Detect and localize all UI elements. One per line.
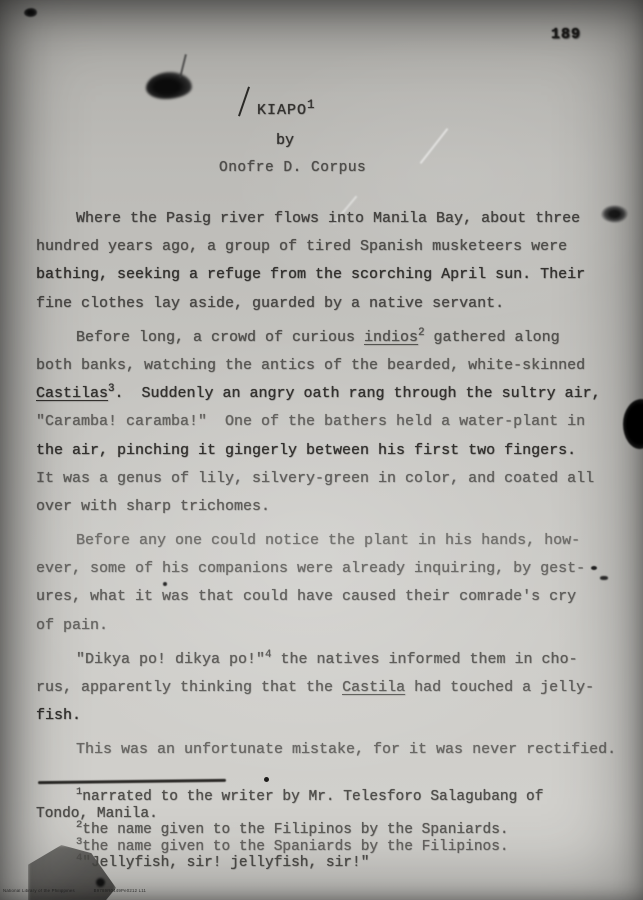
underlined-term: Castilas	[36, 385, 108, 402]
text-segment: both banks, watching the antics of the b…	[36, 357, 585, 374]
scratch-artifact	[420, 128, 449, 164]
footnote-separator-rule	[38, 779, 226, 784]
scanned-typescript-page: 189 KIAPO1 by Onofre D. Corpus Where the…	[0, 0, 643, 900]
text-segment: Where the Pasig river flows into Manila …	[76, 210, 580, 227]
page-title: KIAPO1	[257, 98, 316, 119]
text-segment: ures, what it was that could have caused…	[36, 588, 576, 605]
typed-line: Tondo, Manila.	[36, 806, 628, 823]
typed-line: fish.	[36, 702, 628, 730]
text-segment: It was a genus of lily, silvery-green in…	[36, 470, 594, 487]
text-segment: narrated to the writer by Mr. Telesforo …	[82, 789, 543, 805]
text-segment: gathered along	[425, 329, 560, 346]
text-segment: Before long, a crowd of curious	[76, 329, 364, 346]
ink-blob-artifact	[146, 72, 192, 99]
text-segment: Before any one could notice the plant in…	[76, 532, 580, 549]
text-segment: fish.	[36, 707, 81, 724]
typed-line: over with sharp trichomes.	[36, 493, 628, 521]
text-segment: fine clothes lay aside, guarded by a nat…	[36, 295, 504, 312]
typed-line: ever, some of his companions were alread…	[36, 555, 628, 583]
typed-line: "Dikya po! dikya po!"4 the natives infor…	[36, 646, 628, 674]
text-segment: had touched a jelly-	[405, 679, 594, 696]
underlined-term: indios	[364, 329, 418, 346]
text-segment: "Jellyfish, sir! jellyfish, sir!"	[82, 855, 369, 871]
typed-line: "Caramba! caramba!" One of the bathers h…	[36, 408, 628, 436]
typed-line: 3the name given to the Spaniards by the …	[36, 839, 628, 856]
page-number: 189	[551, 26, 581, 43]
typed-line: It was a genus of lily, silvery-green in…	[36, 465, 628, 493]
typed-line: 2the name given to the Filipinos by the …	[36, 822, 628, 839]
text-segment: the natives informed them in cho-	[272, 651, 578, 668]
text-segment: This was an unfortunate mistake, for it …	[76, 741, 616, 758]
author-name: Onofre D. Corpus	[219, 160, 366, 176]
text-segment: "Caramba! caramba!" One of the bathers h…	[36, 413, 585, 430]
text-segment: over with sharp trichomes.	[36, 498, 270, 515]
typed-line: Where the Pasig river flows into Manila …	[36, 205, 628, 233]
typed-line: hundred years ago, a group of tired Span…	[36, 233, 628, 261]
typed-line: of pain.	[36, 612, 628, 640]
text-segment: ever, some of his companions were alread…	[36, 560, 585, 577]
text-segment: bathing, seeking a refuge from the scorc…	[36, 266, 585, 283]
typed-line: Before any one could notice the plant in…	[36, 527, 628, 555]
typed-line: both banks, watching the antics of the b…	[36, 352, 628, 380]
ink-speck-artifact	[96, 878, 105, 887]
library-name: National Library of the Philippines	[3, 889, 75, 893]
ink-speck-artifact	[24, 8, 37, 17]
handwritten-slash-mark	[238, 87, 250, 117]
typed-line: Before long, a crowd of curious indios2 …	[36, 324, 628, 352]
text-segment: the name given to the Filipinos by the S…	[82, 822, 508, 838]
underlined-term: Castila	[342, 679, 405, 696]
typed-line: fine clothes lay aside, guarded by a nat…	[36, 290, 628, 318]
text-segment: the name given to the Spaniards by the F…	[82, 839, 508, 855]
typed-line: 4"Jellyfish, sir! jellyfish, sir!"	[36, 855, 628, 872]
footnotes: 1narrated to the writer by Mr. Telesforo…	[36, 789, 628, 872]
text-segment: . Suddenly an angry oath rang through th…	[115, 385, 601, 402]
text-segment: "Dikya po! dikya po!"	[76, 651, 265, 668]
typed-line: This was an unfortunate mistake, for it …	[36, 736, 628, 764]
typed-line: 1narrated to the writer by Mr. Telesforo…	[36, 789, 628, 806]
catalog-code: B9789R0449Pe0212 L11	[94, 889, 147, 893]
ink-speck-artifact	[264, 777, 269, 782]
text-segment: of pain.	[36, 617, 108, 634]
text-segment: rus, apparently thinking that the	[36, 679, 342, 696]
title-footnote-ref: 1	[307, 98, 316, 112]
title-text: KIAPO	[257, 102, 307, 119]
typed-line: ures, what it was that could have caused…	[36, 583, 628, 611]
text-segment: the air, pinching it gingerly between hi…	[36, 442, 576, 459]
library-caption: National Library of the PhilippinesB9789…	[3, 889, 146, 893]
typed-line: rus, apparently thinking that the Castil…	[36, 674, 628, 702]
text-segment: hundred years ago, a group of tired Span…	[36, 238, 567, 255]
text-segment: Tondo, Manila.	[36, 806, 158, 822]
body-text: Where the Pasig river flows into Manila …	[36, 205, 628, 765]
typed-line: Castilas3. Suddenly an angry oath rang t…	[36, 380, 628, 408]
typed-line: bathing, seeking a refuge from the scorc…	[36, 261, 628, 289]
typed-line: the air, pinching it gingerly between hi…	[36, 437, 628, 465]
byline: by	[276, 132, 294, 149]
